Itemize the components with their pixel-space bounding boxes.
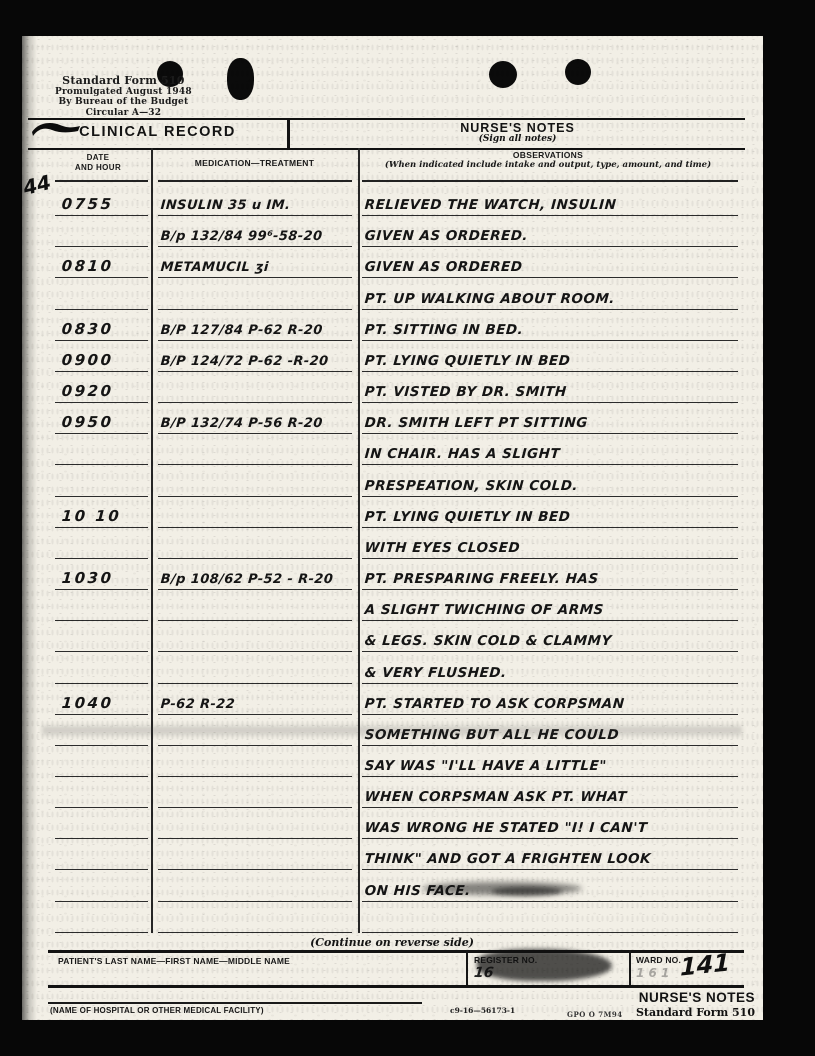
cell-date: 0755 <box>55 195 148 216</box>
cell-obs: SAY WAS "I'LL HAVE A LITTLE" <box>362 758 738 777</box>
footer-nurses-notes: NURSE'S NOTES <box>636 990 755 1005</box>
med-handwriting <box>158 494 160 496</box>
cell-obs: DR. SMITH LEFT PT SITTING <box>362 415 738 434</box>
date-handwriting: 0900 <box>55 351 114 371</box>
date-handwriting <box>55 774 61 776</box>
facility-rule <box>48 1002 422 1004</box>
med-handwriting <box>158 681 160 683</box>
footer-form-id: NURSE'S NOTES Standard Form 510 <box>636 990 755 1019</box>
cell-date: 0900 <box>55 351 148 372</box>
obs-handwriting: PT. UP WALKING ABOUT ROOM. <box>362 291 615 309</box>
cell-date: 0810 <box>55 257 148 278</box>
table-row: & VERY FLUSHED. <box>22 652 763 683</box>
date-handwriting: 1030 <box>55 569 114 589</box>
cell-med: B/p 108/62 P-52 - R-20 <box>158 572 352 590</box>
med-handwriting: B/p 108/62 P-52 - R-20 <box>158 572 334 589</box>
scanned-form-page: Standard Form 510 Promulgated August 194… <box>22 36 763 1020</box>
cell-obs: WHEN CORPSMAN ASK PT. WHAT <box>362 789 738 808</box>
cell-med: INSULIN 35 u IM. <box>158 198 352 216</box>
med-handwriting: INSULIN 35 u IM. <box>158 198 291 215</box>
cell-date: 0950 <box>55 413 148 434</box>
cell-obs: & VERY FLUSHED. <box>362 665 738 684</box>
table-row: 1030B/p 108/62 P-52 - R-20PT. PRESPARING… <box>22 559 763 590</box>
obs-handwriting: IN CHAIR. HAS A SLIGHT <box>362 446 561 464</box>
obs-handwriting: SAY WAS "I'LL HAVE A LITTLE" <box>362 758 607 776</box>
date-handwriting <box>55 307 61 309</box>
column-header-date-line2: AND HOUR <box>45 163 151 173</box>
header-band: CLINICAL RECORD NURSE'S NOTES (Sign all … <box>28 118 745 150</box>
nurses-notes-title: NURSE'S NOTES <box>290 121 745 135</box>
cell-obs: WAS WRONG HE STATED "I! I CAN'T <box>362 820 738 839</box>
facility-label: (NAME OF HOSPITAL OR OTHER MEDICAL FACIL… <box>50 1006 264 1015</box>
continue-note: (Continue on reverse side) <box>202 936 582 949</box>
cell-med: METAMUCIL ʒi <box>158 260 352 278</box>
med-handwriting <box>158 618 160 620</box>
cell-obs: PT. UP WALKING ABOUT ROOM. <box>362 291 738 310</box>
table-row: B/p 132/84 99⁶-58-20GIVEN AS ORDERED. <box>22 216 763 247</box>
column-header-observations-title: OBSERVATIONS <box>358 150 738 160</box>
form-id-line: Circular A—32 <box>55 108 192 119</box>
footer-rule <box>48 950 744 953</box>
med-handwriting: B/P 127/84 P-62 R-20 <box>158 323 323 340</box>
table-row: SOMETHING BUT ALL HE COULD <box>22 715 763 746</box>
table-row: WAS WRONG HE STATED "I! I CAN'T <box>22 808 763 839</box>
cell-obs: GIVEN AS ORDERED <box>362 259 738 278</box>
ward-no-handwriting: 141 <box>680 948 730 981</box>
med-handwriting <box>158 556 160 558</box>
obs-handwriting: PT. STARTED TO ASK CORPSMAN <box>362 696 625 714</box>
gpo-code: GPO O 7M94 <box>567 1010 623 1019</box>
punch-hole <box>565 59 591 85</box>
form-id-block: Standard Form 510 Promulgated August 194… <box>55 76 192 118</box>
cell-obs: PT. LYING QUIETLY IN BED <box>362 353 738 372</box>
med-handwriting <box>158 462 160 464</box>
med-handwriting <box>158 899 160 901</box>
cell-obs: THINK" AND GOT A FRIGHTEN LOOK <box>362 851 738 870</box>
column-header-date: DATE AND HOUR <box>45 153 151 172</box>
footer-standard-form: Standard Form 510 <box>636 1006 755 1019</box>
register-no-label: REGISTER NO. <box>474 955 537 965</box>
date-handwriting <box>55 743 61 745</box>
table-row: 0900B/P 124/72 P-62 -R-20PT. LYING QUIET… <box>22 341 763 372</box>
date-handwriting <box>55 836 61 838</box>
obs-handwriting: GIVEN AS ORDERED <box>362 259 523 277</box>
date-handwriting: 0950 <box>55 413 114 433</box>
footer-divider <box>466 950 468 985</box>
cell-obs: PT. SITTING IN BED. <box>362 322 738 341</box>
table-row: 1040P-62 R-22PT. STARTED TO ASK CORPSMAN <box>22 684 763 715</box>
date-handwriting: 0920 <box>55 382 114 402</box>
cell-obs: RELIEVED THE WATCH, INSULIN <box>362 197 738 216</box>
med-handwriting <box>158 400 160 402</box>
cell-obs <box>362 930 738 933</box>
table-row: 0755INSULIN 35 u IM.RELIEVED THE WATCH, … <box>22 185 763 216</box>
pen-mark <box>30 120 82 138</box>
nurses-notes-title-block: NURSE'S NOTES (Sign all notes) <box>290 121 745 144</box>
cell-med: B/p 132/84 99⁶-58-20 <box>158 229 352 247</box>
footer-rule <box>48 985 744 988</box>
obs-handwriting: PT. VISTED BY DR. SMITH <box>362 384 567 402</box>
obs-handwriting: WHEN CORPSMAN ASK PT. WHAT <box>362 789 627 807</box>
cell-obs: IN CHAIR. HAS A SLIGHT <box>362 446 738 465</box>
date-handwriting <box>55 462 61 464</box>
cell-obs: SOMETHING BUT ALL HE COULD <box>362 727 738 746</box>
obs-handwriting: ON HIS FACE. <box>362 883 471 901</box>
cell-obs: WITH EYES CLOSED <box>362 540 738 559</box>
table-row: IN CHAIR. HAS A SLIGHT <box>22 434 763 465</box>
date-handwriting: 10 10 <box>55 507 122 527</box>
obs-handwriting: PT. LYING QUIETLY IN BED <box>362 353 571 371</box>
header-rule <box>362 180 738 182</box>
date-handwriting <box>55 244 61 246</box>
obs-handwriting: A SLIGHT TWICHING OF ARMS <box>362 602 604 620</box>
date-handwriting <box>55 494 61 496</box>
obs-handwriting: RELIEVED THE WATCH, INSULIN <box>362 197 617 215</box>
med-handwriting: B/P 132/74 P-56 R-20 <box>158 416 323 433</box>
cell-med: B/P 127/84 P-62 R-20 <box>158 323 352 341</box>
table-row: WHEN CORPSMAN ASK PT. WHAT <box>22 777 763 808</box>
cell-date: 0830 <box>55 320 148 341</box>
table-row: 0810METAMUCIL ʒiGIVEN AS ORDERED <box>22 247 763 278</box>
med-handwriting <box>158 307 160 309</box>
obs-handwriting: & VERY FLUSHED. <box>362 665 507 683</box>
column-header-observations-subtitle: (When indicated include intake and outpu… <box>358 160 738 170</box>
table-row: PRESPEATION, SKIN COLD. <box>22 465 763 496</box>
header-rule <box>158 180 352 182</box>
column-header-observations: OBSERVATIONS (When indicated include int… <box>358 150 738 170</box>
table-row: SAY WAS "I'LL HAVE A LITTLE" <box>22 746 763 777</box>
cell-med: P-62 R-22 <box>158 697 352 715</box>
cell-med <box>158 930 352 933</box>
date-handwriting <box>55 899 61 901</box>
form-id-line: By Bureau of the Budget <box>55 97 192 108</box>
obs-handwriting: THINK" AND GOT A FRIGHTEN LOOK <box>362 851 652 869</box>
register-no-handwriting: 16 <box>473 965 494 981</box>
header-rule <box>55 180 148 182</box>
obs-handwriting: PT. LYING QUIETLY IN BED <box>362 509 571 527</box>
date-handwriting: 0830 <box>55 320 114 340</box>
table-row: & LEGS. SKIN COLD & CLAMMY <box>22 621 763 652</box>
date-handwriting: 0755 <box>55 195 114 215</box>
med-handwriting: METAMUCIL ʒi <box>158 260 269 277</box>
obs-handwriting: WITH EYES CLOSED <box>362 540 521 558</box>
form-id-line: Standard Form 510 <box>55 76 192 87</box>
cell-date <box>55 930 148 933</box>
table-row: 0830B/P 127/84 P-62 R-20PT. SITTING IN B… <box>22 310 763 341</box>
obs-handwriting: PT. PRESPARING FREELY. HAS <box>362 571 599 589</box>
cell-obs: PT. STARTED TO ASK CORPSMAN <box>362 696 738 715</box>
table-row: 0920PT. VISTED BY DR. SMITH <box>22 372 763 403</box>
print-code: c9-16—56173-1 <box>450 1006 515 1015</box>
cell-date: 1040 <box>55 694 148 715</box>
ward-no-faint-handwriting: 1 6 1 <box>636 966 669 980</box>
med-handwriting <box>158 525 160 527</box>
cell-obs: PT. LYING QUIETLY IN BED <box>362 509 738 528</box>
med-handwriting <box>158 774 160 776</box>
date-handwriting <box>55 805 61 807</box>
cell-obs: PT. VISTED BY DR. SMITH <box>362 384 738 403</box>
med-handwriting: P-62 R-22 <box>158 697 236 714</box>
table-row: PT. UP WALKING ABOUT ROOM. <box>22 278 763 309</box>
table-row: 0950B/P 132/74 P-56 R-20DR. SMITH LEFT P… <box>22 403 763 434</box>
date-handwriting <box>55 649 61 651</box>
date-handwriting <box>55 867 61 869</box>
table-row: ON HIS FACE. <box>22 870 763 901</box>
cell-obs: A SLIGHT TWICHING OF ARMS <box>362 602 738 621</box>
cell-med: B/P 124/72 P-62 -R-20 <box>158 354 352 372</box>
table-row <box>22 902 763 933</box>
punch-hole <box>227 58 254 100</box>
register-no-smudge <box>477 949 612 981</box>
cell-med: B/P 132/74 P-56 R-20 <box>158 416 352 434</box>
date-handwriting: 0810 <box>55 257 114 277</box>
med-handwriting: B/P 124/72 P-62 -R-20 <box>158 354 329 371</box>
obs-handwriting: & LEGS. SKIN COLD & CLAMMY <box>362 633 612 651</box>
column-header-date-line1: DATE <box>45 153 151 163</box>
date-handwriting <box>55 930 61 932</box>
cell-date: 10 10 <box>55 507 148 528</box>
cell-obs: PT. PRESPARING FREELY. HAS <box>362 571 738 590</box>
date-handwriting: 1040 <box>55 694 114 714</box>
obs-handwriting: PRESPEATION, SKIN COLD. <box>362 478 579 496</box>
med-handwriting <box>158 867 160 869</box>
med-handwriting: B/p 132/84 99⁶-58-20 <box>158 229 323 246</box>
table-row: A SLIGHT TWICHING OF ARMS <box>22 590 763 621</box>
notes-table-rows: 0755INSULIN 35 u IM.RELIEVED THE WATCH, … <box>22 185 763 933</box>
cell-obs: GIVEN AS ORDERED. <box>362 228 738 247</box>
column-header-medication: MEDICATION—TREATMENT <box>151 158 358 168</box>
cell-obs: PRESPEATION, SKIN COLD. <box>362 478 738 497</box>
med-handwriting <box>158 805 160 807</box>
nurses-notes-subtitle: (Sign all notes) <box>290 134 745 144</box>
obs-handwriting: DR. SMITH LEFT PT SITTING <box>362 415 588 433</box>
table-row: THINK" AND GOT A FRIGHTEN LOOK <box>22 839 763 870</box>
med-handwriting <box>158 836 160 838</box>
med-handwriting <box>158 743 160 745</box>
med-handwriting <box>158 649 160 651</box>
cell-date: 0920 <box>55 382 148 403</box>
obs-handwriting: GIVEN AS ORDERED. <box>362 228 529 246</box>
cell-obs: & LEGS. SKIN COLD & CLAMMY <box>362 633 738 652</box>
med-handwriting <box>158 930 160 932</box>
footer-divider <box>629 950 631 985</box>
obs-handwriting <box>362 930 364 932</box>
table-row: 10 10PT. LYING QUIETLY IN BED <box>22 497 763 528</box>
date-handwriting <box>55 681 61 683</box>
form-id-line: Promulgated August 1948 <box>55 87 192 98</box>
cell-date: 1030 <box>55 569 148 590</box>
date-handwriting <box>55 618 61 620</box>
obs-handwriting: WAS WRONG HE STATED "I! I CAN'T <box>362 820 648 838</box>
cell-obs: ON HIS FACE. <box>362 883 738 902</box>
obs-handwriting: PT. SITTING IN BED. <box>362 322 524 340</box>
table-row: WITH EYES CLOSED <box>22 528 763 559</box>
obs-handwriting: SOMETHING BUT ALL HE COULD <box>362 727 620 745</box>
ward-no-label: WARD NO. <box>636 955 681 965</box>
punch-hole <box>489 61 517 88</box>
patient-name-label: PATIENT'S LAST NAME—FIRST NAME—MIDDLE NA… <box>58 956 290 966</box>
date-handwriting <box>55 556 61 558</box>
